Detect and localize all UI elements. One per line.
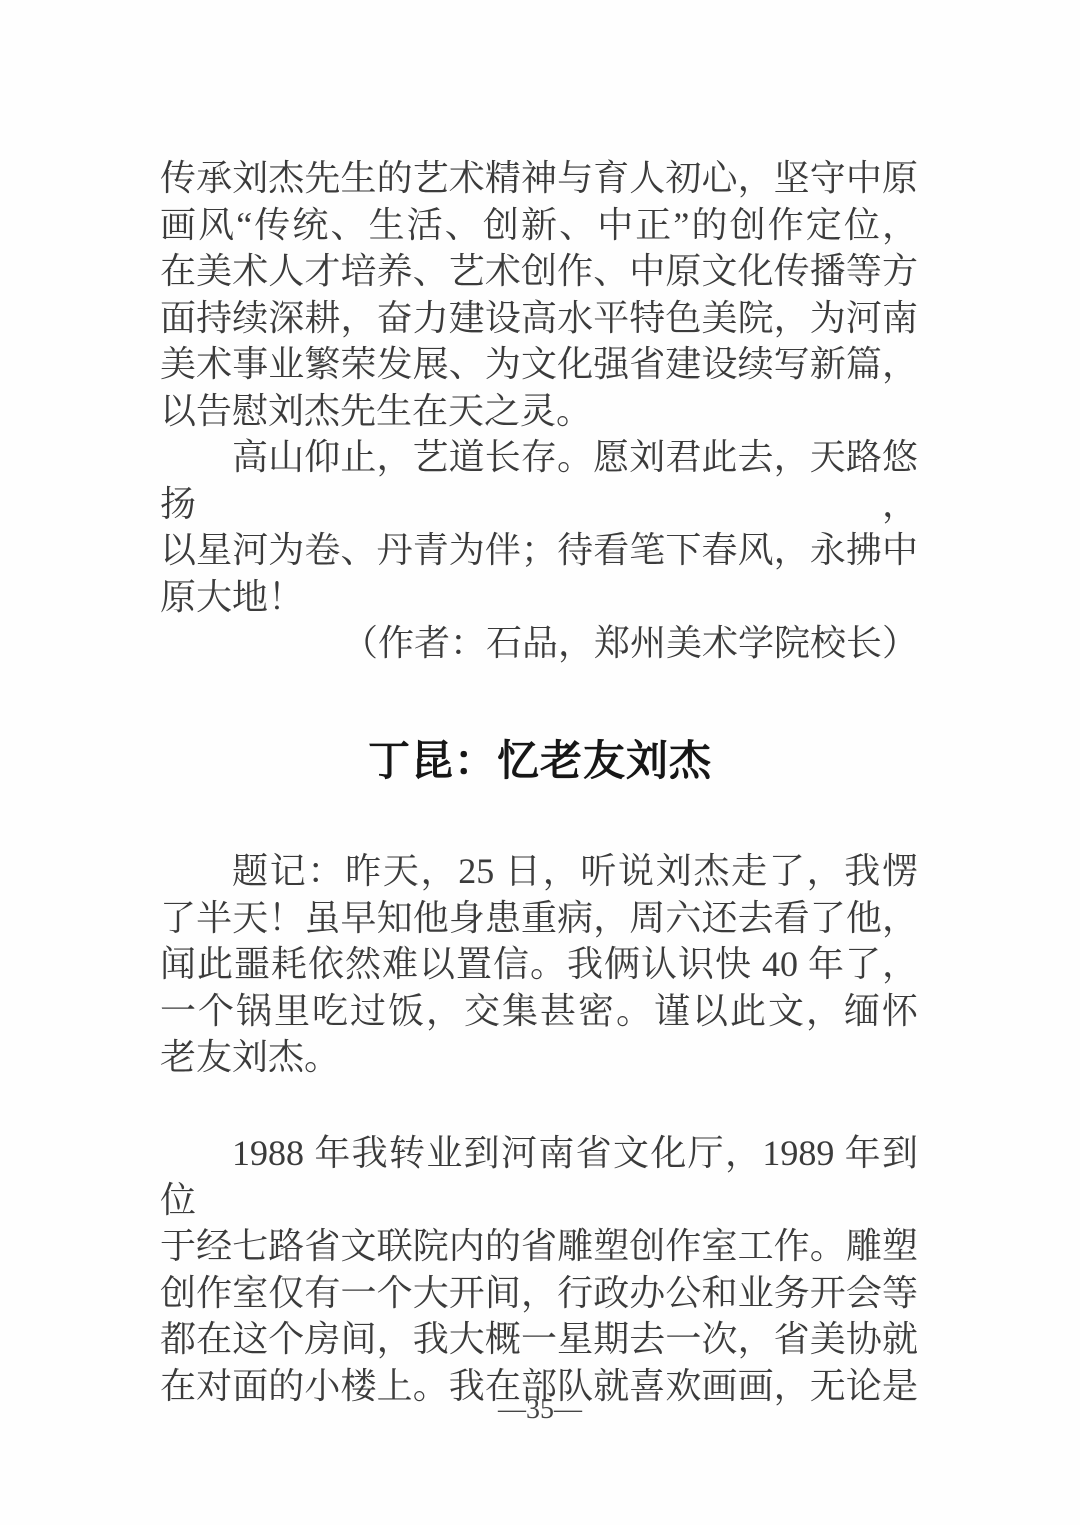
paragraph-body: 1988 年我转业到河南省文化厅，1989 年到位 于经七路省文联院内的省雕塑创… — [160, 1130, 918, 1409]
text-line: 都在这个房间，我大概一星期去一次，省美协就 — [160, 1316, 918, 1363]
text-line: 老友刘杰。 — [160, 1034, 918, 1081]
text-line: 创作室仅有一个大开间，行政办公和业务开会等 — [160, 1270, 918, 1317]
upper-text-flow: 传承刘杰先生的艺术精神与育人初心，坚守中原 画风“传统、生活、创新、中正”的创作… — [160, 155, 918, 667]
text-line: 画风“传统、生活、创新、中正”的创作定位， — [160, 202, 918, 249]
text-line: 题记：昨天，25 日，听说刘杰走了，我愣 — [160, 848, 918, 895]
paragraph-preface: 题记：昨天，25 日，听说刘杰走了，我愣 了半天！虽早知他身患重病，周六还去看了… — [160, 848, 918, 1081]
document-page: 传承刘杰先生的艺术精神与育人初心，坚守中原 画风“传统、生活、创新、中正”的创作… — [0, 0, 1080, 1525]
text-line: 以告慰刘杰先生在天之灵。 — [160, 388, 918, 435]
text-line: 以星河为卷、丹青为伴；待看笔下春风，永拂中 — [160, 527, 918, 574]
text-line: 在美术人才培养、艺术创作、中原文化传播等方 — [160, 248, 918, 295]
text-line: 闻此噩耗依然难以置信。我俩认识快 40 年了， — [160, 941, 918, 988]
article-title: 丁昆：忆老友刘杰 — [0, 736, 1080, 786]
author-attribution: （作者：石品，郑州美术学院校长） — [160, 620, 918, 667]
paragraph-closing: 高山仰止，艺道长存。愿刘君此去，天路悠扬， 以星河为卷、丹青为伴；待看笔下春风，… — [160, 434, 918, 620]
text-line: 了半天！虽早知他身患重病，周六还去看了他， — [160, 895, 918, 942]
text-line: 面持续深耕，奋力建设高水平特色美院，为河南 — [160, 295, 918, 342]
text-line: 高山仰止，艺道长存。愿刘君此去，天路悠扬， — [160, 434, 918, 527]
text-line: 原大地！ — [160, 574, 918, 621]
page-number: —35— — [0, 1394, 1080, 1426]
text-line: 于经七路省文联院内的省雕塑创作室工作。雕塑 — [160, 1223, 918, 1270]
text-line: 一个锅里吃过饭，交集甚密。谨以此文，缅怀 — [160, 988, 918, 1035]
paragraph-continuation: 传承刘杰先生的艺术精神与育人初心，坚守中原 画风“传统、生活、创新、中正”的创作… — [160, 155, 918, 434]
text-line: 1988 年我转业到河南省文化厅，1989 年到位 — [160, 1130, 918, 1223]
text-line: 美术事业繁荣发展、为文化强省建设续写新篇， — [160, 341, 918, 388]
text-line: 传承刘杰先生的艺术精神与育人初心，坚守中原 — [160, 155, 918, 202]
